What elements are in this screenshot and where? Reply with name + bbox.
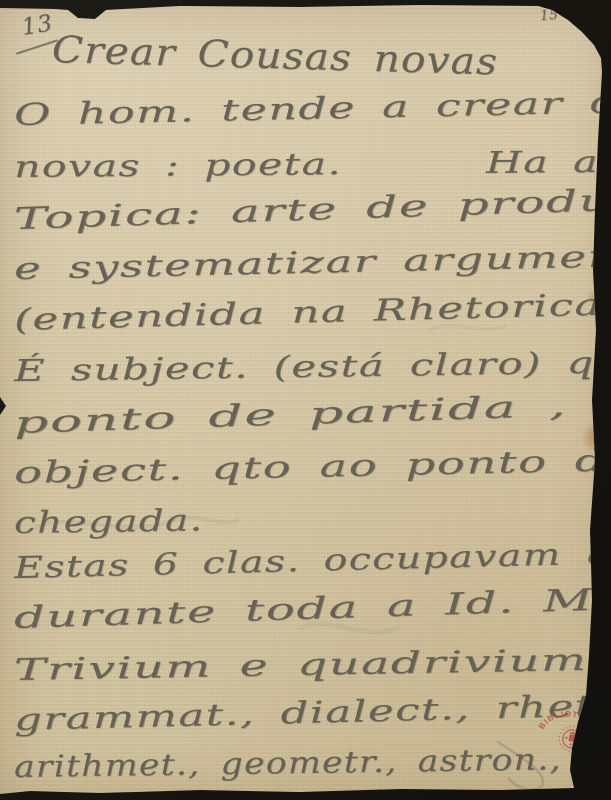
manuscript-line: Estas 6 clas. occupavam quasi bbox=[14, 534, 611, 586]
rust-stain-small bbox=[588, 287, 602, 307]
manuscript-line: ponto de partida , mas bbox=[13, 384, 611, 441]
manuscript-line: (entendida na Rhetorica ). bbox=[14, 286, 611, 338]
manuscript-title: Crear Cousas novas bbox=[51, 28, 498, 83]
manuscript-line: grammat., dialect., rhetor., bbox=[14, 687, 611, 738]
manuscript-line: arithmet., geometr., astron., musica bbox=[14, 740, 611, 785]
manuscript-line: Trivium e quadrivium bbox=[14, 643, 588, 688]
manuscript-line: novas : poeta. Ha a bbox=[14, 145, 599, 185]
manuscript-line: O hom. tende a crear cousas bbox=[14, 83, 611, 133]
archive-reference: 15³-68 bbox=[539, 5, 587, 24]
scan-backdrop: 13 15³-68 Crear Cousas novas O hom. tend… bbox=[0, 0, 611, 800]
manuscript-line: e systematizar argumentos bbox=[14, 238, 611, 287]
manuscript-line: chegada. bbox=[14, 503, 204, 541]
library-stamp: BIBLIOTECA NACIONAL bbox=[525, 691, 611, 786]
paper-sheet: 13 15³-68 Crear Cousas novas O hom. tend… bbox=[0, 0, 611, 800]
manuscript-line: object. qto ao ponto de bbox=[14, 443, 611, 491]
manuscript-line: durante toda a Id. Medi. bbox=[13, 580, 611, 636]
page-number: 13 bbox=[20, 10, 55, 41]
stamp-emblem-crest bbox=[564, 731, 580, 747]
rust-stain bbox=[583, 422, 607, 452]
manuscript-line: Topica: arte de produzir bbox=[13, 181, 611, 237]
manuscript-line: É subject. (está claro) qto ao bbox=[14, 344, 611, 389]
